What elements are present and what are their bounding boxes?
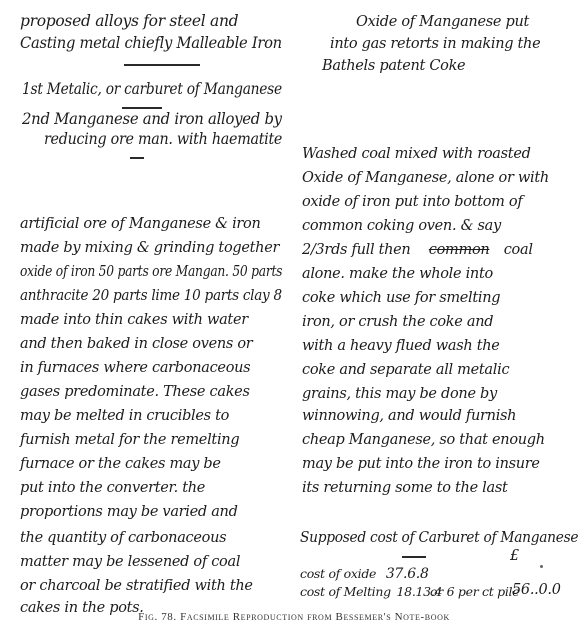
item-1: 1st Metalic, or carburet of Manganese: [22, 80, 282, 98]
struck-word: common: [429, 242, 490, 258]
left-body-line: made into thin cakes with water: [20, 312, 248, 328]
cost-value: 37.6.8: [386, 566, 429, 582]
left-body-line: furnace or the cakes may be: [20, 456, 221, 472]
left-body-line: the quantity of carbonaceous: [20, 530, 226, 546]
right-body-text: 2/3rds full then: [302, 242, 410, 258]
right-body-line: Washed coal mixed with roasted: [302, 146, 531, 162]
right-body-line: common coking oven. & say: [302, 218, 501, 234]
left-heading-line-1: proposed alloys for steel and: [20, 12, 238, 30]
right-body-line: cheap Manganese, so that enough: [302, 432, 545, 448]
left-body-line: and then baked in close ovens or: [20, 336, 252, 352]
left-body-line: made by mixing & grinding together: [20, 240, 279, 256]
left-body-line: put into the converter. the: [20, 480, 205, 496]
item-2-line-2: reducing ore man. with haematite: [44, 130, 282, 148]
right-body-line: coke and separate all metalic: [302, 362, 509, 378]
cost-total: 56..0.0: [512, 582, 561, 598]
left-body-line: oxide of iron 50 parts ore Mangan. 50 pa…: [20, 264, 282, 280]
right-body-line: alone. make the whole into: [302, 266, 493, 282]
right-top-line-2: into gas retorts in making the: [330, 36, 540, 52]
left-body-line: gases predominate. These cakes: [20, 384, 250, 400]
left-body-line: matter may be lessened of coal: [20, 554, 240, 570]
right-body-line: oxide of iron put into bottom of: [302, 194, 522, 210]
right-top-line-1: Oxide of Manganese put: [356, 14, 529, 30]
underline: [402, 556, 426, 558]
cost-label: cost of Melting: [300, 584, 391, 599]
right-top-line-3: Bathels patent Coke: [322, 58, 465, 74]
left-body-line: artificial ore of Manganese & iron: [20, 216, 261, 232]
right-body-line: its returning some to the last: [302, 480, 508, 496]
cost-heading: Supposed cost of Carburet of Manganese: [300, 530, 578, 546]
left-body-line: proportions may be varied and: [20, 504, 238, 520]
cost-line-1: cost of oxide 37.6.8: [300, 566, 429, 582]
left-body-line: may be melted in crucibles to: [20, 408, 229, 424]
currency-symbol: £: [510, 548, 519, 564]
right-body-line: iron, or crush the coke and: [302, 314, 493, 330]
underline: [124, 64, 200, 66]
figure-caption: Fig. 78. Facsimile Reproduction from Bes…: [0, 611, 588, 623]
dot-mark: [540, 565, 543, 568]
right-body-line: coke which use for smelting: [302, 290, 500, 306]
right-body-line: winnowing, and would furnish: [302, 408, 516, 424]
cost-label: cost of oxide: [300, 566, 376, 581]
right-body-line: with a heavy flued wash the: [302, 338, 500, 354]
left-heading-line-2: Casting metal chiefly Malleable Iron: [20, 34, 282, 52]
left-body-line: furnish metal for the remelting: [20, 432, 239, 448]
item-2-line-1: 2nd Manganese and iron alloyed by: [22, 110, 282, 128]
right-body-line: grains, this may be done by: [302, 386, 497, 402]
notebook-page: proposed alloys for steel and Casting me…: [0, 0, 588, 632]
per-unit-label: or 6 per ct pile: [430, 584, 519, 599]
left-body-line: anthracite 20 parts lime 10 parts clay 8: [20, 288, 282, 304]
right-body-line: 2/3rds full then common coal: [302, 242, 533, 258]
cost-line-2: cost of Melting 18.13.4: [300, 584, 442, 599]
right-body-line: may be put into the iron to insure: [302, 456, 540, 472]
left-body-line: or charcoal be stratified with the: [20, 578, 253, 594]
right-body-text: coal: [504, 242, 533, 258]
left-body-line: in furnaces where carbonaceous: [20, 360, 250, 376]
underline: [130, 157, 144, 159]
right-body-line: Oxide of Manganese, alone or with: [302, 170, 549, 186]
underline: [122, 107, 162, 109]
